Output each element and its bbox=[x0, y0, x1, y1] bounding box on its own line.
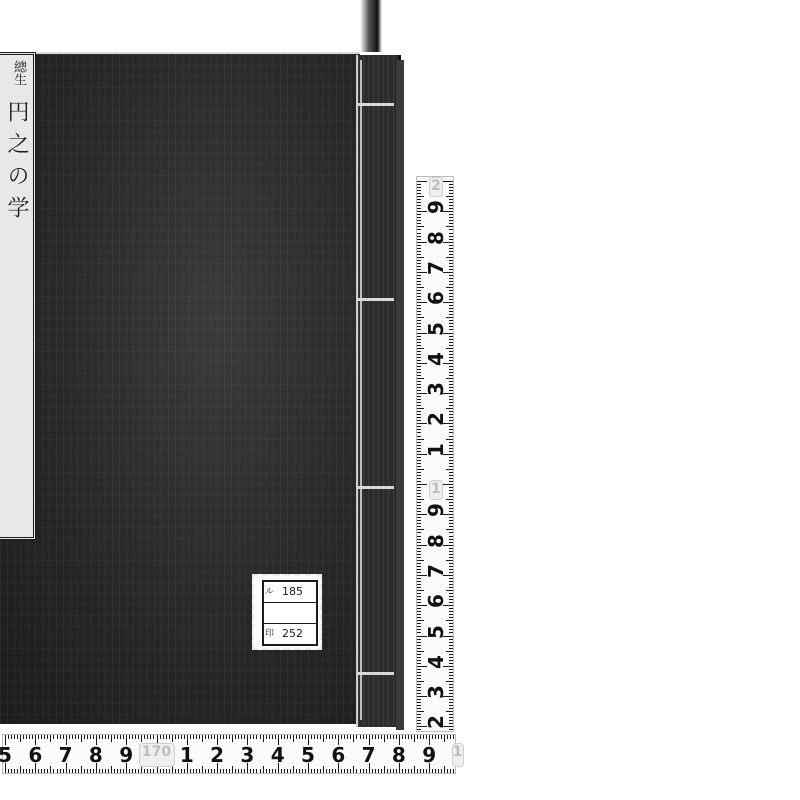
page-corner-shadow bbox=[360, 0, 382, 52]
label-row: ル 185 bbox=[264, 582, 316, 603]
ruler-digit: 4 bbox=[268, 745, 288, 765]
ruler-digit: 8 bbox=[426, 228, 446, 248]
ruler-digit: 8 bbox=[86, 745, 106, 765]
ruler-digit: 9 bbox=[426, 500, 446, 520]
ruler-digit: 5 bbox=[298, 745, 318, 765]
ruler-digit: 9 bbox=[426, 197, 446, 217]
ruler-digit: 8 bbox=[389, 745, 409, 765]
label-prefix: ル bbox=[265, 582, 274, 602]
book-edge bbox=[396, 60, 404, 730]
ruler-digit: 9 bbox=[419, 745, 439, 765]
label-row bbox=[264, 603, 316, 624]
ruler-digit: 4 bbox=[426, 652, 446, 672]
ruler-digit: 5 bbox=[426, 319, 446, 339]
ruler-digit: 5 bbox=[426, 622, 446, 642]
ruler-digit: 3 bbox=[237, 745, 257, 765]
label-number: 185 bbox=[282, 582, 303, 602]
ruler-digit: 9 bbox=[116, 745, 136, 765]
ruler-digit: 7 bbox=[426, 561, 446, 581]
ruler-digit: 7 bbox=[426, 258, 446, 278]
ruler-digit: 2 bbox=[426, 712, 446, 732]
ruler-digit: 6 bbox=[426, 288, 446, 308]
ruler-digit: 6 bbox=[328, 745, 348, 765]
ruler-digit: 1 bbox=[177, 745, 197, 765]
label-prefix: 印 bbox=[265, 624, 274, 644]
binding-stitch bbox=[358, 103, 394, 106]
ruler-digit: 3 bbox=[426, 379, 446, 399]
ruler-badge: 1 bbox=[429, 480, 443, 500]
ruler-digit: 2 bbox=[207, 745, 227, 765]
ruler-badge: 1 bbox=[452, 743, 464, 767]
ruler-badge: 170 bbox=[139, 743, 175, 767]
ruler-digit: 1 bbox=[426, 440, 446, 460]
book-spine-binding bbox=[356, 55, 401, 727]
ruler-digit: 6 bbox=[426, 591, 446, 611]
ruler-digit: 6 bbox=[25, 745, 45, 765]
ruler-digit: 7 bbox=[56, 745, 76, 765]
vertical-ruler: 2987654321198765432 bbox=[416, 176, 454, 732]
ruler-digit: 2 bbox=[426, 409, 446, 429]
title-slip-subtitle: 總生 bbox=[6, 60, 28, 86]
ruler-digit: 5 bbox=[0, 745, 15, 765]
binding-stitch bbox=[358, 672, 394, 675]
ruler-badge: 2 bbox=[429, 177, 443, 197]
ruler-digit: 4 bbox=[426, 349, 446, 369]
binding-stitch bbox=[358, 298, 394, 301]
ruler-digit: 3 bbox=[426, 682, 446, 702]
binding-thread-line bbox=[360, 60, 362, 720]
binding-stitch bbox=[358, 486, 394, 489]
library-label: ル 185 印 252 bbox=[262, 580, 318, 646]
horizontal-ruler: 567891701234567891 bbox=[2, 734, 456, 774]
label-row: 印 252 bbox=[264, 624, 316, 644]
label-number: 252 bbox=[282, 624, 303, 644]
ruler-digit: 7 bbox=[359, 745, 379, 765]
title-slip-title: 円之の学 bbox=[2, 100, 30, 228]
ruler-digit: 8 bbox=[426, 531, 446, 551]
